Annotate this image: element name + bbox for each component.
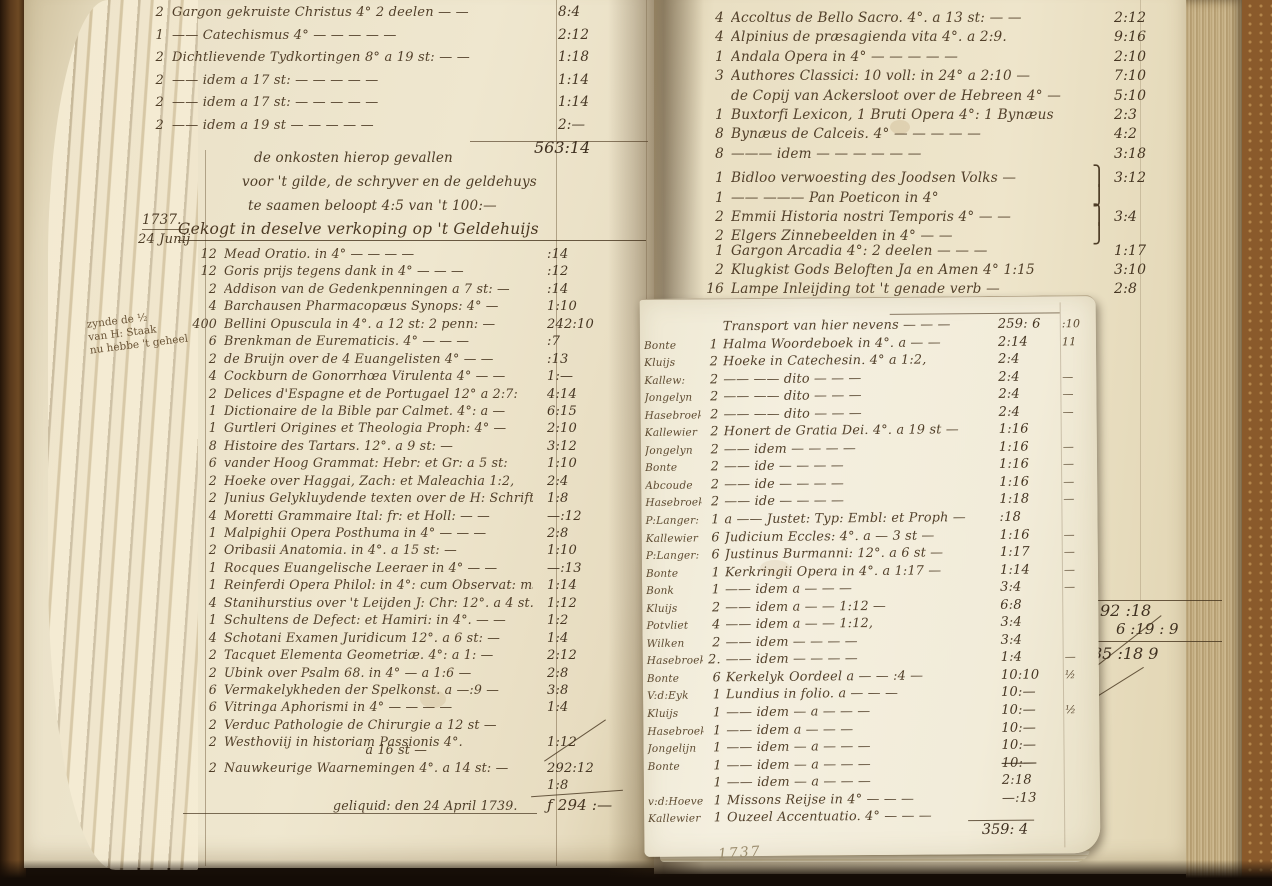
ledger-row: 2 Addison van de Gedenkpenningen a 7 st:… xyxy=(183,281,625,298)
item-description: —— idem — a — — — xyxy=(726,738,995,755)
buyer-name: Jongelyn xyxy=(644,392,700,404)
item-description: Dictionaire de la Bible par Calmet. 4°: … xyxy=(224,403,533,418)
item-price: 10:— xyxy=(995,702,1059,718)
item-description: —— idem — a — — — xyxy=(726,703,995,720)
ledger-row: 2 —— idem a 19 st — — — — — 2:— xyxy=(136,117,628,140)
penning-mark: — xyxy=(1057,475,1093,488)
item-quantity: 2 xyxy=(700,389,723,404)
item-price: 3:4 xyxy=(994,615,1058,631)
item-description: —— Catechismus 4° — — — — — xyxy=(172,28,546,43)
inserted-loose-sheet: Transport van hier nevens — — — 259: 6 :… xyxy=(640,295,1101,857)
item-price xyxy=(1106,392,1176,411)
page-fore-edge-stack xyxy=(1186,0,1244,880)
item-description: ——— idem — — — — — — xyxy=(731,146,1092,162)
item-price: 2:10 xyxy=(1106,49,1172,65)
item-price: 2:12 xyxy=(546,27,628,43)
penning-mark: — xyxy=(1057,440,1093,453)
item-description: Honert de Gratia Dei. 4°. a 19 st — xyxy=(724,422,993,439)
item-price: 7:10 xyxy=(1106,68,1172,84)
item-quantity: 2 xyxy=(183,351,224,366)
item-description: —— idem a — — 1:12 — xyxy=(725,598,994,615)
item-price xyxy=(1106,468,1176,487)
item-description: Schotani Examen Juridicum 12°. a 6 st: — xyxy=(224,630,533,645)
item-quantity: 2 xyxy=(701,442,724,457)
item-quantity: 2 xyxy=(698,262,731,278)
item-quantity: 8 xyxy=(698,146,731,162)
item-quantity: 1 xyxy=(704,775,727,790)
item-price: 259: 6 xyxy=(992,316,1056,332)
penning-mark: :10 xyxy=(1056,317,1092,330)
ledger-row: 4 Stanihurstius over 't Leijden J: Chr: … xyxy=(183,595,625,612)
right-page-covered-price-column xyxy=(1106,314,1176,612)
item-price: 3:12 xyxy=(1106,170,1172,186)
ledger-row: de Copij van Ackersloot over de Hebreen … xyxy=(698,88,1172,107)
item-price: 10:— xyxy=(995,737,1059,753)
ledger-book-photo: 2 Gargon gekruiste Christus 4° 2 deelen … xyxy=(0,0,1272,886)
item-price xyxy=(1106,439,1176,458)
item-description: Tacquet Elementa Geometriæ. 4°: a 1: — xyxy=(224,647,533,662)
item-description: a —— Justet: Typ: Embl: et Proph — xyxy=(724,510,993,527)
item-price: 1:16 xyxy=(993,474,1057,490)
item-description: —— ide — — — — xyxy=(724,475,993,492)
expenses-total: 563:14 xyxy=(534,138,590,157)
item-quantity: 2 xyxy=(183,647,224,662)
item-price: 5:10 xyxy=(1106,88,1172,104)
item-description: Transport van hier nevens — — — xyxy=(723,317,992,334)
item-description: Authores Classici: 10 voll: in 24° a 2:1… xyxy=(731,68,1092,84)
item-price: 2:4 xyxy=(992,369,1056,385)
ledger-row: 2 Oribasii Anatomia. in 4°. a 15 st: — 1… xyxy=(183,542,625,559)
item-description: —— idem — a — — — xyxy=(727,773,996,790)
buyer-name: Bonte xyxy=(644,339,700,351)
item-description: Brenkman de Eurematicis. 4° — — — xyxy=(224,333,533,348)
item-price: :18 xyxy=(993,509,1057,525)
item-quantity: 4 xyxy=(183,508,224,523)
margin-year: 1737. xyxy=(142,212,186,230)
ledger-row: 1 Dictionaire de la Bible par Calmet. 4°… xyxy=(183,403,625,420)
buyer-name: Bonk xyxy=(646,585,702,597)
item-description: de Copij van Ackersloot over de Hebreen … xyxy=(731,88,1092,104)
item-price: 10:— xyxy=(996,755,1060,771)
ledger-row: 2 Verduc Pathologie de Chirurgie a 12 st… xyxy=(183,717,625,734)
item-quantity: 2 xyxy=(183,386,224,401)
item-quantity: 2 xyxy=(136,118,172,133)
item-quantity: 2 xyxy=(183,760,224,775)
ledger-row: 1 Bidloo verwoesting des Joodsen Volks —… xyxy=(698,165,1172,184)
item-description: Mead Oratio. in 4° — — — — xyxy=(224,246,533,261)
item-price: 3:8 xyxy=(533,683,625,698)
buyer-name: P:Langer: xyxy=(645,514,701,526)
item-description: Nauwkeurige Waarnemingen 4°. a 14 st: — xyxy=(224,760,537,775)
insert-total: 359: 4 xyxy=(968,820,1035,839)
item-price xyxy=(1106,411,1176,430)
item-price: 1:10 xyxy=(533,456,625,471)
ledger-row: 8 Histoire des Tartars. 12°. a 9 st: — 3… xyxy=(183,438,625,455)
book-cover-left-edge xyxy=(0,0,26,886)
buyer-name: Kallewier xyxy=(648,813,704,825)
expenses-note-line: de onkosten hierop gevallen xyxy=(228,146,558,170)
buyer-name: Kallewier xyxy=(646,532,702,544)
margin-date: 24 Junij xyxy=(138,232,190,247)
ledger-row: 1 Malpighii Opera Posthuma in 4° — — — 2… xyxy=(183,525,625,542)
item-quantity: 1 xyxy=(183,403,224,418)
item-quantity: 1 xyxy=(698,170,731,186)
item-price xyxy=(1106,353,1176,372)
item-description: Moretti Grammaire Ital: fr: et Holl: — — xyxy=(224,508,533,523)
ledger-row: 2 Dichtlievende Tydkortingen 8° a 19 st:… xyxy=(136,49,628,72)
item-price: 242:10 xyxy=(533,317,625,332)
item-price: 1:16 xyxy=(993,422,1057,438)
item-quantity: 1 xyxy=(703,723,726,738)
item-description: Justinus Burmanni: 12°. a 6 st — xyxy=(725,545,994,562)
item-quantity: 1 xyxy=(702,565,725,580)
penning-mark: — xyxy=(1058,545,1094,558)
penning-mark: — xyxy=(1057,457,1093,470)
item-description: —— idem a 19 st — — — — — xyxy=(172,118,546,133)
item-quantity: 8 xyxy=(698,126,731,142)
item-quantity: 1 xyxy=(703,705,726,720)
item-price: —:13 xyxy=(533,561,625,576)
ledger-row: 1 Andala Opera in 4° — — — — — 2:10 xyxy=(698,49,1172,68)
item-price: 1:18 xyxy=(546,49,628,65)
expenses-note-line: voor 't gilde, de schryver en de geldehu… xyxy=(228,170,558,194)
item-price: 2:4 xyxy=(993,404,1057,420)
ledger-row: 3 Authores Classici: 10 voll: in 24° a 2… xyxy=(698,68,1172,87)
grouping-brace: ⎭ xyxy=(1092,223,1106,245)
item-price: 1:14 xyxy=(994,562,1058,578)
item-price: 1:16 xyxy=(994,527,1058,543)
item-quantity: 4 xyxy=(698,29,731,45)
item-price: 10:10 xyxy=(995,667,1059,683)
item-quantity: 2 xyxy=(183,490,224,505)
item-quantity: 2 xyxy=(183,665,224,680)
buyer-name: Hasebroek xyxy=(645,409,701,421)
section-heading: Gekogt in deselve verkoping op 't Geldeh… xyxy=(178,220,646,241)
item-quantity: 4 xyxy=(183,368,224,383)
ledger-row: 2 Ubink over Psalm 68. in 4° — a 1:6 — 2… xyxy=(183,665,625,682)
item-price: 8:4 xyxy=(546,4,628,20)
ledger-row: 2 Nauwkeurige Waarnemingen 4°. a 14 st: … xyxy=(183,760,625,778)
item-price: 1:14 xyxy=(546,72,628,88)
ledger-row: 2 Elgers Zinnebeelden in 4° — — ⎭ xyxy=(698,223,1172,242)
ledger-row: 2 Hoeke over Haggai, Zach: et Maleachia … xyxy=(183,473,625,490)
item-quantity: 2 xyxy=(703,635,726,650)
item-description: Buxtorfi Lexicon, 1 Bruti Opera 4°: 1 By… xyxy=(731,107,1092,123)
item-description: vander Hoog Grammat: Hebr: et Gr: a 5 st… xyxy=(224,455,533,470)
item-price xyxy=(1106,487,1176,506)
item-price: 1:10 xyxy=(533,299,625,314)
item-description: Ouzeel Accentuatio. 4° — — — xyxy=(727,808,996,825)
item-price: 6:15 xyxy=(533,404,625,419)
item-description: Alpinius de præsagienda vita 4°. a 2:9. xyxy=(731,29,1092,45)
item-quantity: 12 xyxy=(183,246,224,261)
item-quantity: 2 xyxy=(700,372,723,387)
item-description: —— idem a — — 1:12, xyxy=(725,615,994,632)
item-description: Gargon gekruiste Christus 4° 2 deelen — … xyxy=(172,5,546,20)
item-price: :13 xyxy=(533,352,625,367)
item-description: Halma Woordeboek in 4°. a — — xyxy=(723,334,992,351)
item-description: Bellini Opuscula in 4°. a 12 st: 2 penn:… xyxy=(224,316,533,331)
item-description: Andala Opera in 4° — — — — — xyxy=(731,49,1092,65)
buyer-name: Potvliet xyxy=(646,620,702,632)
ledger-row: 2 —— idem a 17 st: — — — — — 1:14 xyxy=(136,94,628,117)
item-price: 10:— xyxy=(995,720,1059,736)
item-quantity: 2 xyxy=(183,717,224,732)
item-description: Cockburn de Gonorrhœa Virulenta 4° — — xyxy=(224,368,533,383)
item-price: 6:8 xyxy=(994,597,1058,613)
item-quantity: 1 xyxy=(183,525,224,540)
item-quantity: 1 xyxy=(703,688,726,703)
ledger-row: 1 Buxtorfi Lexicon, 1 Bruti Opera 4°: 1 … xyxy=(698,107,1172,126)
item-quantity: 2 xyxy=(701,495,724,510)
item-description: Schultens de Defect: et Hamiri: in 4°. —… xyxy=(224,612,533,627)
item-price: 3:4 xyxy=(994,580,1058,596)
item-quantity: 16 xyxy=(698,281,731,297)
ledger-row: 1 —— ——— Pan Poeticon in 4° ⎭ xyxy=(698,185,1172,204)
item-price: 3:4 xyxy=(995,632,1059,648)
item-quantity: 4 xyxy=(698,10,731,26)
item-description: —— idem — a — — — xyxy=(727,756,996,773)
item-price xyxy=(1106,507,1176,526)
photo-bottom-shadow xyxy=(0,860,1272,886)
item-price: 2:4 xyxy=(533,474,625,489)
item-description: Rocques Euangelische Leeraer in 4° — — xyxy=(224,560,533,575)
item-price: 1:4 xyxy=(533,631,625,646)
ledger-row: 12 Mead Oratio. in 4° — — — — :14 xyxy=(183,246,625,263)
ledger-row: 2 Junius Gelykluydende texten over de H:… xyxy=(183,490,625,507)
item-quantity: 1 xyxy=(702,582,725,597)
item-price: 2:14 xyxy=(992,334,1056,350)
buyer-name: Hasebroek xyxy=(647,655,703,667)
item-description: Hoeke in Catechesin. 4° a 1:2, xyxy=(723,352,992,369)
penning-mark: — xyxy=(1057,405,1093,418)
buyer-name: Hasebroek xyxy=(645,497,701,509)
item-price: :14 xyxy=(533,247,625,262)
item-description: Barchausen Pharmacopæus Synops: 4° — xyxy=(224,298,533,313)
ledger-row: 4 Barchausen Pharmacopæus Synops: 4° — 1… xyxy=(183,298,625,315)
item-description: Judicium Eccles: 4°. a — 3 st — xyxy=(725,527,994,544)
item-quantity: 1 xyxy=(183,420,224,435)
item-quantity: 2. xyxy=(703,653,726,668)
item-price xyxy=(1106,554,1176,573)
item-price: —:13 xyxy=(996,790,1060,806)
item-price: 3:12 xyxy=(533,439,625,454)
item-price: 1:10 xyxy=(533,543,625,558)
penning-mark: 11 xyxy=(1056,335,1092,348)
ledger-row: 2 Klugkist Gods Beloften Ja en Amen 4° 1… xyxy=(698,262,1172,281)
buyer-name: Bonte xyxy=(647,672,703,684)
item-quantity: 4 xyxy=(702,618,725,633)
left-page-top-entries: 2 Gargon gekruiste Christus 4° 2 deelen … xyxy=(136,4,628,139)
item-price: 2:8 xyxy=(1106,281,1172,297)
item-price: 1:2 xyxy=(533,613,625,628)
item-quantity: 6 xyxy=(183,699,224,714)
ledger-row: 1 Schultens de Defect: et Hamiri: in 4°.… xyxy=(183,612,625,629)
item-description: Gargon Arcadia 4°: 2 deelen — — — xyxy=(731,243,1092,259)
item-quantity: 2 xyxy=(702,600,725,615)
penning-mark: — xyxy=(1059,650,1095,663)
item-quantity: 2 xyxy=(701,407,724,422)
item-quantity: 1 xyxy=(704,811,727,826)
ledger-row: 1 Gurtleri Origines et Theologia Proph: … xyxy=(183,420,625,437)
item-quantity: 2 xyxy=(183,542,224,557)
insert-entries: Transport van hier nevens — — — 259: 6 :… xyxy=(644,316,1096,829)
item-quantity: 2 xyxy=(701,477,724,492)
item-quantity: 2 xyxy=(698,209,731,225)
item-price: 3:4 xyxy=(1106,209,1172,225)
buyer-name: Kluijs xyxy=(644,357,700,369)
item-description: Emmii Historia nostri Temporis 4° — — xyxy=(731,209,1092,225)
page-total: ƒ 294 :— xyxy=(537,796,625,814)
item-quantity: 1 xyxy=(700,337,723,352)
ledger-row: 6 Brenkman de Eurematicis. 4° — — — :7 xyxy=(183,333,625,350)
ledger-row: 2 de Bruijn over de 4 Euangelisten 4° — … xyxy=(183,351,625,368)
item-quantity: 4 xyxy=(183,595,224,610)
ledger-row: 1 Rocques Euangelische Leeraer in 4° — —… xyxy=(183,560,625,577)
item-description: —— idem a 17 st: — — — — — xyxy=(172,73,546,88)
item-quantity: 1 xyxy=(136,28,172,43)
item-quantity: 1 xyxy=(698,49,731,65)
ledger-row: 1 —— Catechismus 4° — — — — — 2:12 xyxy=(136,27,628,50)
liquidation-note: geliquid: den 24 April 1739. xyxy=(183,798,537,814)
item-price: 3:18 xyxy=(1106,146,1172,162)
item-price: 1:— xyxy=(533,369,625,384)
ledger-row: 1 Reinferdi Opera Philol: in 4°: cum Obs… xyxy=(183,577,625,594)
item-quantity: 3 xyxy=(698,68,731,84)
item-price: 1:18 xyxy=(993,492,1057,508)
item-description: —— idem — — — — xyxy=(726,633,995,650)
price-note: a 16 st — xyxy=(183,742,537,757)
item-quantity: 6 xyxy=(703,670,726,685)
ledger-row: 4 Moretti Grammaire Ital: fr: et Holl: —… xyxy=(183,508,625,525)
item-price: 10:— xyxy=(995,685,1059,701)
item-description: —— idem — — — — xyxy=(724,440,993,457)
item-price: 1:16 xyxy=(993,439,1057,455)
penning-mark: — xyxy=(1058,580,1094,593)
buyer-name: Bonte xyxy=(648,760,704,772)
buyer-name: Kluijs xyxy=(646,602,702,614)
item-price: :7 xyxy=(533,334,625,349)
buyer-name: Wilken xyxy=(647,637,703,649)
item-description: Gurtleri Origines et Theologia Proph: 4°… xyxy=(224,420,533,435)
item-quantity: 400 xyxy=(183,316,224,331)
buyer-name: Kluijs xyxy=(647,707,703,719)
item-description: de Bruijn over de 4 Euangelisten 4° — — xyxy=(224,351,533,366)
item-price: 2:4 xyxy=(992,351,1056,367)
ledger-row: 8 Bynæus de Calceis. 4° — — — — — 4:2 xyxy=(698,126,1172,145)
ledger-row: 2 Emmii Historia nostri Temporis 4° — — … xyxy=(698,204,1172,223)
item-price xyxy=(1106,314,1176,333)
item-quantity: 2 xyxy=(701,425,724,440)
buyer-name: Abcoude xyxy=(645,479,701,491)
item-description: —— idem a — — — xyxy=(725,580,994,597)
item-quantity: 2 xyxy=(183,473,224,488)
buyer-name: Bonte xyxy=(645,462,701,474)
item-quantity: 2 xyxy=(183,281,224,296)
item-quantity: 1 xyxy=(183,560,224,575)
item-price: 1:12 xyxy=(533,596,625,611)
item-description: Bynæus de Calceis. 4° — — — — — xyxy=(731,126,1092,142)
buyer-name: V:d:Eyk xyxy=(647,690,703,702)
buyer-name: Jongelijn xyxy=(647,743,703,755)
item-quantity: 1 xyxy=(698,190,731,206)
item-description: Histoire des Tartars. 12°. a 9 st: — xyxy=(224,438,533,453)
item-description: Hoeke over Haggai, Zach: et Maleachia 1:… xyxy=(224,473,533,488)
penning-mark: — xyxy=(1058,563,1094,576)
penning-mark: ½ xyxy=(1059,703,1095,716)
item-description: Oribasii Anatomia. in 4°. a 15 st: — xyxy=(224,542,533,557)
item-quantity: 2 xyxy=(136,73,172,88)
expenses-note-line: te saamen beloopt 4:5 van 't 100:— xyxy=(228,194,558,218)
item-description: Bidloo verwoesting des Joodsen Volks — xyxy=(731,170,1092,186)
item-price: 4:14 xyxy=(533,387,625,402)
ledger-row: 6 vander Hoog Grammat: Hebr: et Gr: a 5 … xyxy=(183,455,625,472)
buyer-name: Kallewier xyxy=(645,427,701,439)
item-price: 2:— xyxy=(546,117,628,133)
penning-mark: — xyxy=(1056,370,1092,383)
penning-mark: — xyxy=(1057,493,1093,506)
item-quantity: 1 xyxy=(698,243,731,259)
buyer-name: Kallew: xyxy=(644,374,700,386)
item-price: 2:10 xyxy=(533,421,625,436)
book-cover-right-edge xyxy=(1242,0,1272,886)
item-quantity: 1 xyxy=(703,740,726,755)
item-description: Kerkelyk Oordeel a — — :4 — xyxy=(726,668,995,685)
buyer-name: Hasebroek xyxy=(647,725,703,737)
item-price xyxy=(1106,574,1176,593)
ledger-row: 6 Vermakelykheden der Spelkonst. a —:9 —… xyxy=(183,682,625,699)
item-price: 1:17 xyxy=(1106,243,1172,259)
item-description: Malpighii Opera Posthuma in 4° — — — xyxy=(224,525,533,540)
item-quantity: 2 xyxy=(700,354,723,369)
item-price xyxy=(1106,372,1176,391)
penning-mark: — xyxy=(1056,387,1092,400)
item-price: 1:8 xyxy=(533,491,625,506)
item-price: 1:4 xyxy=(995,650,1059,666)
item-quantity: 6 xyxy=(702,547,725,562)
item-description: Dichtlievende Tydkortingen 8° a 19 st: —… xyxy=(172,50,546,65)
item-description: —— —— dito — — — xyxy=(723,387,992,404)
ledger-row: 4 Alpinius de præsagienda vita 4°. a 2:9… xyxy=(698,29,1172,48)
item-price: 2:8 xyxy=(533,526,625,541)
item-price: :12 xyxy=(533,264,625,279)
item-description: Goris prijs tegens dank in 4° — — — xyxy=(224,263,533,278)
left-page-purchase-entries: 12 Mead Oratio. in 4° — — — — :14 12 Gor… xyxy=(183,246,625,752)
item-quantity: 2 xyxy=(701,460,724,475)
item-description: —— idem a 17 st: — — — — — xyxy=(172,95,546,110)
item-price: 2:12 xyxy=(1106,10,1172,26)
page-subtotal: 292:12 xyxy=(537,761,625,776)
left-page-footer: a 16 st — 2 Nauwkeurige Waarnemingen 4°.… xyxy=(183,742,625,814)
item-quantity: 2 xyxy=(136,95,172,110)
item-quantity: 12 xyxy=(183,263,224,278)
ledger-row: 400 Bellini Opuscula in 4°. a 12 st: 2 p… xyxy=(183,316,625,333)
buyer-name: Jongelyn xyxy=(645,444,701,456)
item-description: —— idem — — — — xyxy=(726,650,995,667)
item-description: —— ide — — — — xyxy=(724,492,993,509)
item-price: 1:14 xyxy=(546,94,628,110)
item-quantity: 8 xyxy=(183,438,224,453)
item-description: —— ide — — — — xyxy=(724,457,993,474)
item-description: Junius Gelykluydende texten over de H: S… xyxy=(224,490,533,505)
ledger-row: 4 Cockburn de Gonorrhœa Virulenta 4° — —… xyxy=(183,368,625,385)
item-description: Accoltus de Bello Sacro. 4°. a 13 st: — … xyxy=(731,10,1092,26)
item-description: Vitringa Aphorismi in 4° — — — — xyxy=(224,699,533,714)
item-price: —:12 xyxy=(533,509,625,524)
ledger-row: 2 Gargon gekruiste Christus 4° 2 deelen … xyxy=(136,4,628,27)
item-quantity: 1 xyxy=(704,758,727,773)
item-description: Lundius in folio. a — — — xyxy=(726,685,995,702)
